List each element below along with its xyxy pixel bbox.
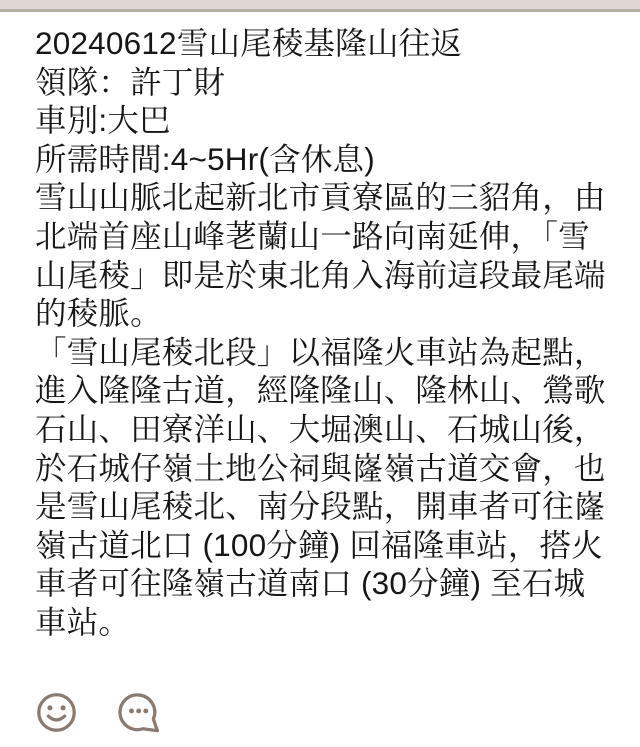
post-duration-line: 所需時間:4~5Hr(含休息): [35, 140, 625, 179]
post-text-line: 進入隆隆古道，經隆隆山、隆林山、鶯歌: [35, 371, 625, 410]
message-card: 20240612雪山尾稜基隆山往返 領隊：許丁財 車別:大巴 所需時間:4~5H…: [0, 12, 640, 747]
smiley-face-icon: [35, 691, 78, 734]
post-text-line: 是雪山尾稜北、南分段點，開車者可往嶐: [35, 487, 625, 526]
post-title-line: 20240612雪山尾稜基隆山往返: [35, 24, 625, 63]
post-text-line: 山尾稜」即是於東北角入海前這段最尾端: [35, 256, 625, 295]
post-text-line: 於石城仔嶺土地公祠與嶐嶺古道交會，也: [35, 449, 625, 488]
post-vehicle-line: 車別:大巴: [35, 101, 625, 140]
comment-button[interactable]: [117, 689, 163, 735]
speech-bubble-icon: [117, 689, 164, 736]
add-reaction-button[interactable]: [33, 689, 79, 735]
post-text-line: 的稜脈。: [35, 294, 625, 333]
post-text-line: 北端首座山峰荖蘭山一路向南延伸，「雪: [35, 217, 625, 256]
chat-background-strip: [0, 0, 640, 9]
post-text-block: 20240612雪山尾稜基隆山往返 領隊：許丁財 車別:大巴 所需時間:4~5H…: [35, 24, 625, 642]
post-text-line: 雪山山脈北起新北市貢寮區的三貂角，由: [35, 178, 625, 217]
post-text-line: 「雪山尾稜北段」以福隆火車站為起點，: [35, 333, 625, 372]
post-text-line: 嶺古道北口 (100分鐘) 回福隆車站，搭火: [35, 526, 625, 565]
post-text-line: 車者可往隆嶺古道南口 (30分鐘) 至石城: [35, 564, 625, 603]
post-leader-line: 領隊：許丁財: [35, 63, 625, 102]
post-text-line: 車站。: [35, 603, 625, 642]
post-actions-row: [33, 689, 163, 735]
post-text-line: 石山、田寮洋山、大堀澳山、石城山後，: [35, 410, 625, 449]
